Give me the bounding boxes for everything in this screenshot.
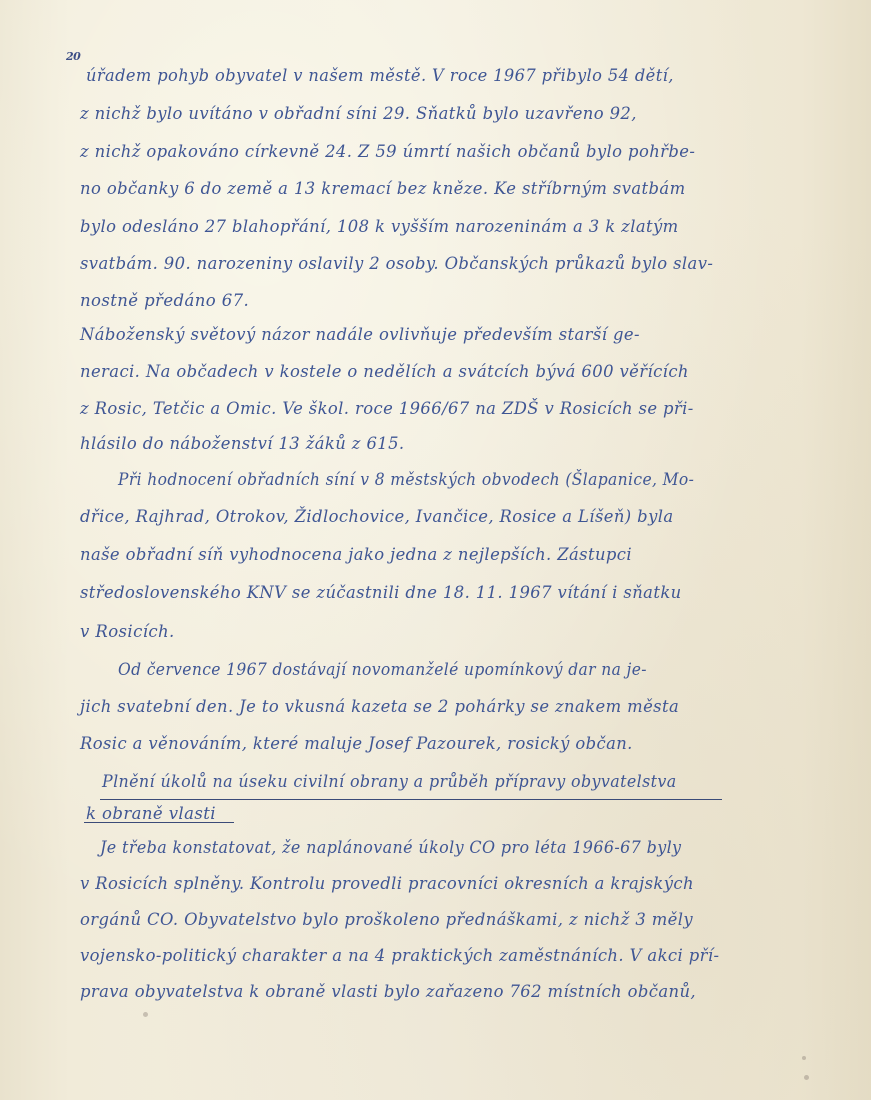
text-line: neraci. Na občadech v kostele o nedělích… [80,362,795,381]
text-line: bylo odesláno 27 blahopřání, 108 k vyšší… [80,217,795,236]
text-line: z nichž bylo uvítáno v obřadní síni 29. … [80,104,795,123]
page-number: 20 [66,50,80,63]
text-line: no občanky 6 do země a 13 kremací bez kn… [80,179,795,198]
paper-spot [143,1012,148,1017]
text-line: jich svatební den. Je to vkusná kazeta s… [80,697,795,716]
text-line: v Rosicích splněny. Kontrolu provedli pr… [80,874,795,893]
text-line: z Rosic, Tetčic a Omic. Ve škol. roce 19… [80,399,795,418]
text-line: úřadem pohyb obyvatel v našem městě. V r… [86,66,795,85]
section-heading-continued: k obraně vlasti [86,804,806,823]
paper-spot [804,1075,809,1080]
text-line: orgánů CO. Obyvatelstvo bylo proškoleno … [80,910,795,929]
text-line: dřice, Rajhrad, Otrokov, Židlochovice, I… [80,507,795,526]
heading-underline [100,799,722,800]
text-line: Rosic a věnováním, které maluje Josef Pa… [80,734,795,753]
text-line: Náboženský světový názor nadále ovlivňuj… [80,325,795,344]
text-line: nostně předáno 67. [80,291,800,310]
text-line: v Rosicích. [80,622,800,641]
text-line: Od července 1967 dostávají novomanželé u… [118,660,795,679]
heading-underline [84,822,234,823]
text-line: z nichž opakováno církevně 24. Z 59 úmrt… [80,142,795,161]
section-heading: Plnění úkolů na úseku civilní obrany a p… [102,772,795,791]
document-page: 20 úřadem pohyb obyvatel v našem městě. … [0,0,871,1100]
text-line: Při hodnocení obřadních síní v 8 městský… [118,470,795,489]
text-line: středoslovenského KNV se zúčastnili dne … [80,583,795,602]
text-line: hlásilo do náboženství 13 žáků z 615. [80,434,795,453]
text-line: naše obřadní síň vyhodnocena jako jedna … [80,545,795,564]
paper-spot [802,1056,806,1060]
text-line: svatbám. 90. narozeniny oslavily 2 osoby… [80,254,795,273]
text-line: vojensko-politický charakter a na 4 prak… [80,946,795,965]
text-line: Je třeba konstatovat, že naplánované úko… [100,838,795,857]
text-line: prava obyvatelstva k obraně vlasti bylo … [80,982,795,1001]
